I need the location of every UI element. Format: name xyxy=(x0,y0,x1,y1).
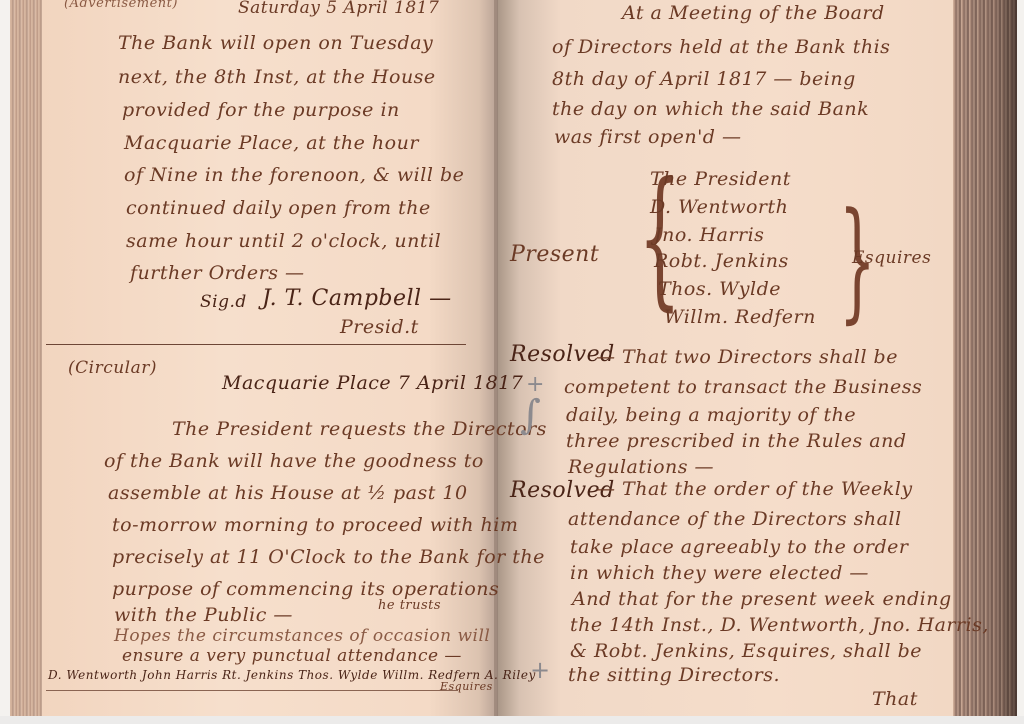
attendee: Jno. Harris xyxy=(654,224,764,246)
circular-line: The President requests the Directors xyxy=(172,418,547,440)
resolution-line: three prescribed in the Rules and xyxy=(566,430,907,452)
circular-insert-note: he trusts xyxy=(378,598,441,613)
resolution-line: And that for the present week ending xyxy=(572,588,952,610)
advertisement-line: provided for the purpose in xyxy=(122,99,400,121)
circular-line: precisely at 11 O'Clock to the Bank for … xyxy=(112,546,545,568)
scan-margin xyxy=(0,716,1024,724)
catchword: That xyxy=(872,688,918,710)
circular-label: (Circular) xyxy=(68,358,157,378)
resolution-line: daily, being a majority of the xyxy=(566,404,856,426)
pencil-check-mark: ∫ xyxy=(520,392,541,438)
attendees-suffix: Esquires xyxy=(852,248,931,268)
circular-line: to-morrow morning to proceed with him xyxy=(112,514,518,536)
attendee: The President xyxy=(650,168,791,190)
resolution-line: the 14th Inst., D. Wentworth, Jno. Harri… xyxy=(570,614,989,636)
circular-date: Macquarie Place 7 April 1817 xyxy=(222,372,523,394)
addressees-suffix: Esquires xyxy=(440,680,493,693)
ledger-spread: (Advertisement) Saturday 5 April 1817 Th… xyxy=(0,0,1024,716)
left-page-edges xyxy=(10,0,42,716)
resolution-line: the sitting Directors. xyxy=(568,664,780,686)
addressees-underline xyxy=(46,690,458,691)
meeting-heading-line: At a Meeting of the Board xyxy=(622,2,885,24)
signature-prefix: Sig.d xyxy=(200,292,247,312)
meeting-heading-line: 8th day of April 1817 — being xyxy=(552,68,856,90)
signature-title: Presid.t xyxy=(340,316,419,338)
circular-line: assemble at his House at ½ past 10 xyxy=(108,482,468,504)
section-divider xyxy=(46,344,466,345)
resolution-line: & Robt. Jenkins, Esquires, shall be xyxy=(570,640,922,662)
advertisement-line: Macquarie Place, at the hour xyxy=(124,132,419,154)
advertisement-line: of Nine in the forenoon, & will be xyxy=(124,164,464,186)
circular-closing-line: ensure a very punctual attendance — xyxy=(122,646,462,666)
advertisement-line: further Orders — xyxy=(130,262,305,284)
resolution-line: Regulations — xyxy=(568,456,714,478)
circular-line: purpose of commencing its operations xyxy=(112,578,499,600)
resolution-line: in which they were elected — xyxy=(570,562,869,584)
advertisement-line: next, the 8th Inst, at the House xyxy=(118,66,436,88)
circular-line: with the Public — xyxy=(114,604,293,626)
present-label: Present xyxy=(510,242,599,267)
resolution-line: competent to transact the Business xyxy=(564,376,922,398)
resolution-line: — That the order of the Weekly xyxy=(596,478,913,500)
meeting-heading-line: the day on which the said Bank xyxy=(552,98,869,120)
right-page-edges xyxy=(953,0,1017,716)
advertisement-line: The Bank will open on Tuesday xyxy=(118,32,433,54)
resolution-line: — That two Directors shall be xyxy=(596,346,898,368)
attendee: Willm. Redfern xyxy=(664,306,816,328)
attendee: Robt. Jenkins xyxy=(654,250,789,272)
advertisement-label: (Advertisement) xyxy=(64,0,178,11)
book-gutter xyxy=(494,0,498,716)
pencil-cross-mark: + xyxy=(530,656,550,684)
attendee: D. Wentworth xyxy=(650,196,788,218)
resolution-line: attendance of the Directors shall xyxy=(568,508,902,530)
resolution-line: take place agreeably to the order xyxy=(570,536,908,558)
meeting-heading-line: of Directors held at the Bank this xyxy=(552,36,890,58)
advertisement-line: continued daily open from the xyxy=(126,197,431,219)
circular-closing-line: Hopes the circumstances of occasion will xyxy=(114,626,490,646)
signature: J. T. Campbell — xyxy=(262,286,452,311)
meeting-heading-line: was first open'd — xyxy=(554,126,742,148)
circular-line: of the Bank will have the goodness to xyxy=(104,450,484,472)
attendee: Thos. Wylde xyxy=(658,278,781,300)
advertisement-line: same hour until 2 o'clock, until xyxy=(126,230,441,252)
advertisement-date: Saturday 5 April 1817 xyxy=(238,0,439,18)
